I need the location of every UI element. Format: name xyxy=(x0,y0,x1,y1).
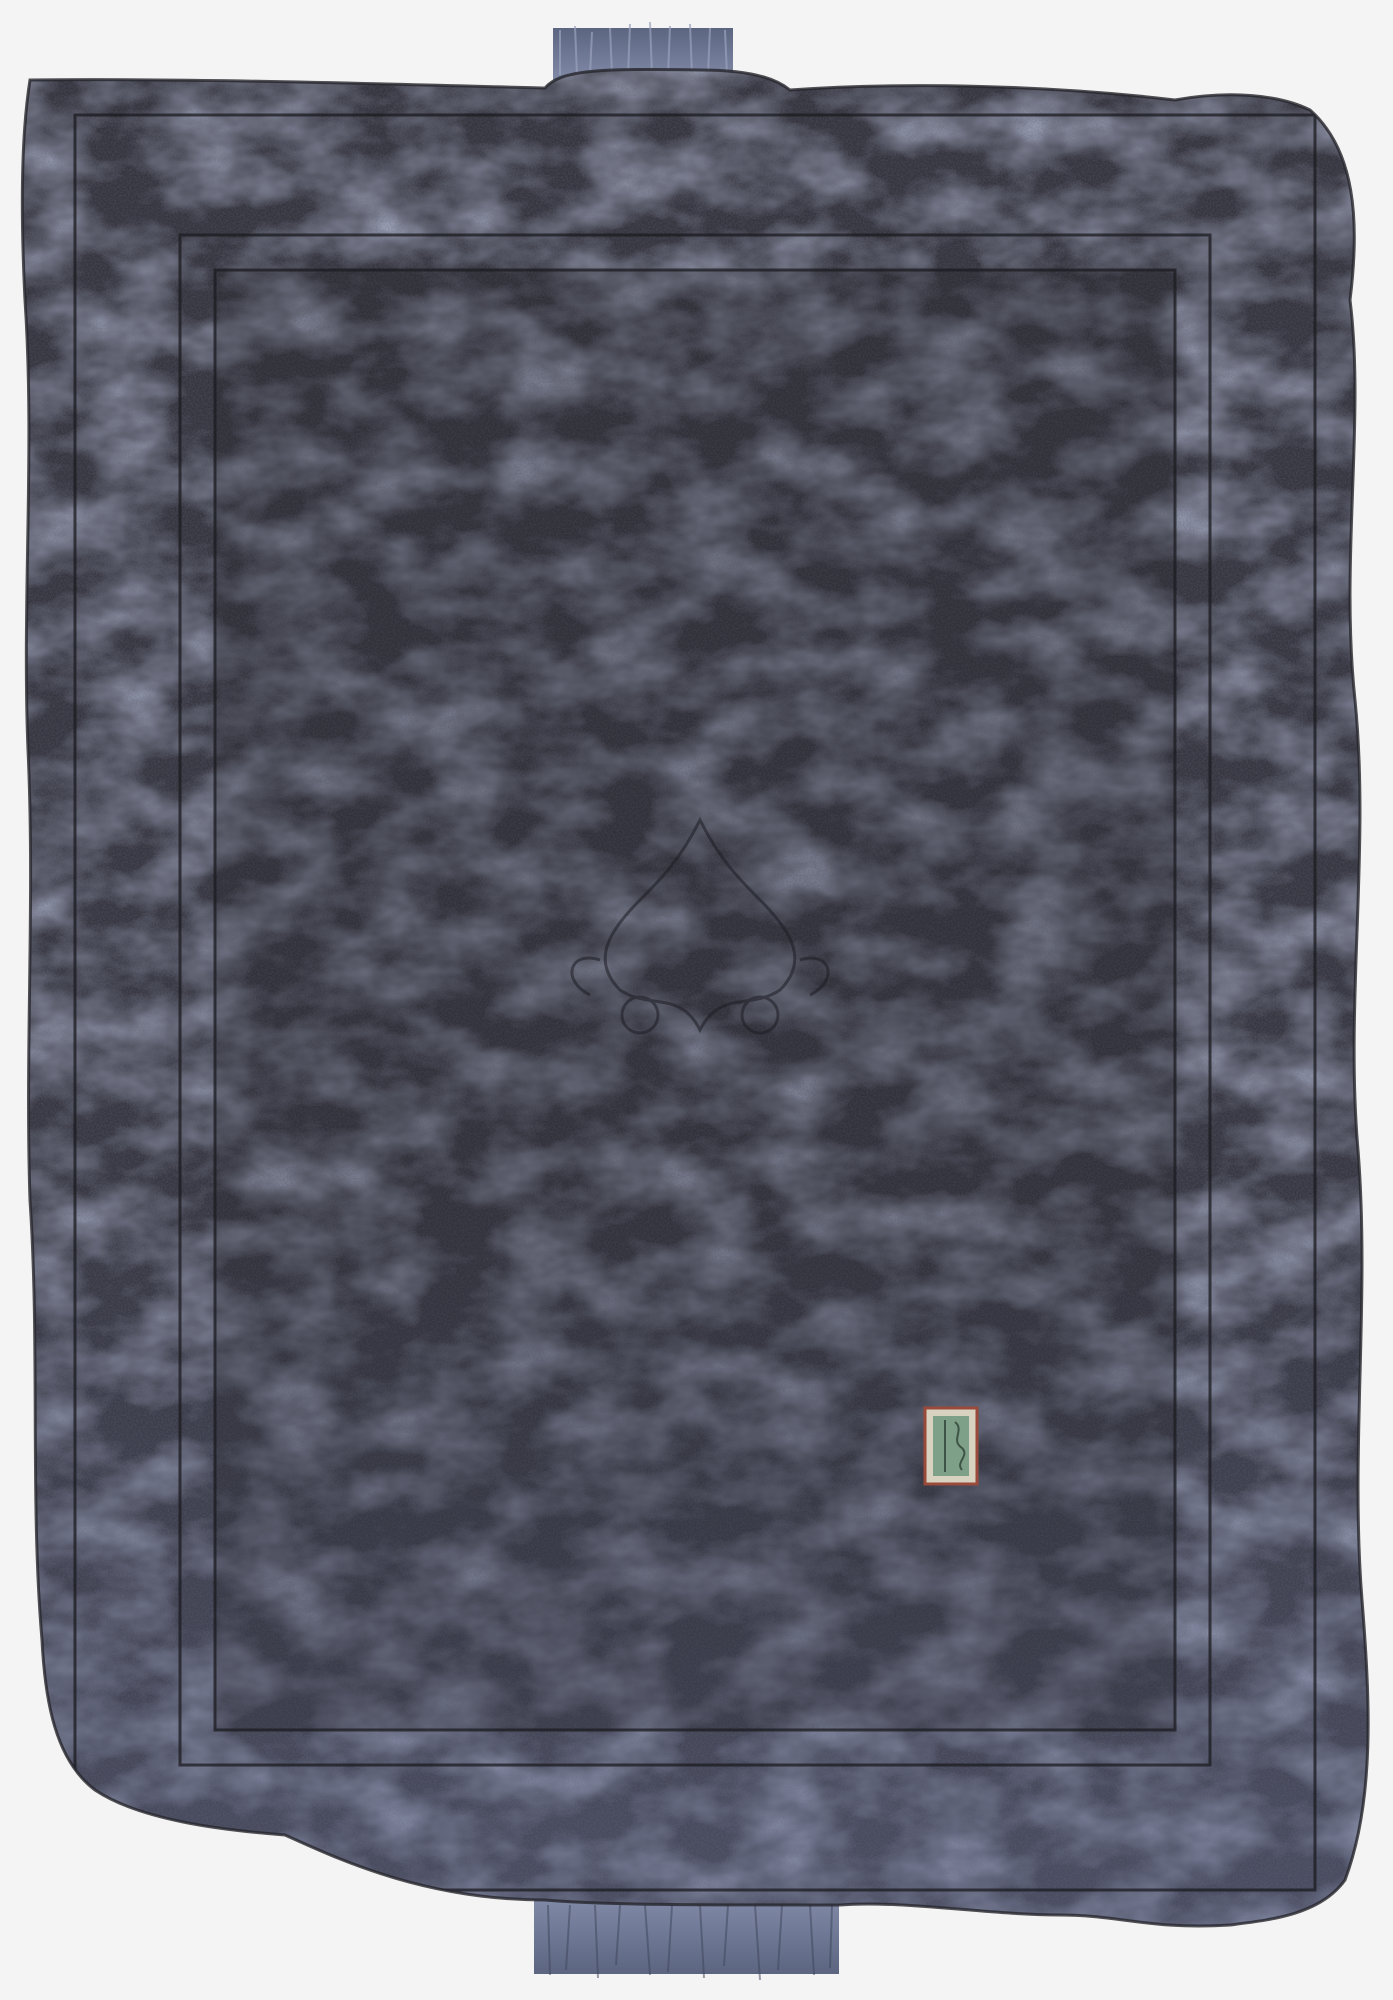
rug-illustration xyxy=(0,0,1393,2000)
rug-body xyxy=(0,0,1393,2000)
rug-patch xyxy=(925,1408,977,1484)
rug-photo xyxy=(0,0,1393,2000)
bottom-fringe xyxy=(534,1899,839,1980)
